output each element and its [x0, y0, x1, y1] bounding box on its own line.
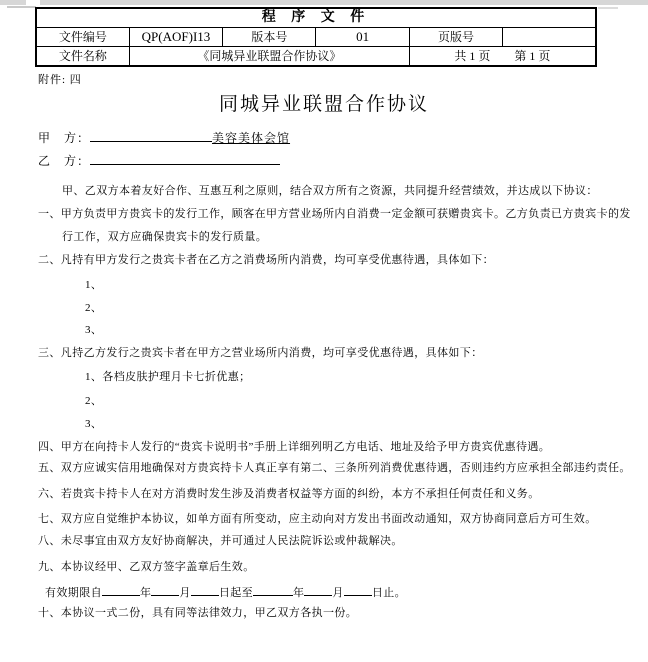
clause-2-item-2: 2、: [85, 301, 102, 315]
clause-2-item-1: 1、: [85, 278, 102, 292]
clause-3: 三、凡持乙方发行之贵宾卡者在甲方之营业场所内消费，均可享受优惠待遇，具体如下：: [38, 346, 483, 360]
year-label: 年: [140, 587, 151, 599]
clause-1-line-2: 行工作，双方应确保贵宾卡的发行质量。: [62, 230, 267, 244]
doc-name-label-cell: 文件名称: [36, 47, 129, 67]
party-a-value: 美容美体会馆: [212, 131, 290, 145]
top-strip-notch: [26, 0, 40, 5]
party-a-blank-field: [90, 129, 212, 142]
start-month-blank: [151, 583, 179, 596]
party-a-label: 甲 方：: [38, 131, 90, 145]
clause-6: 六、若贵宾卡持卡人在对方消费时发生涉及消费者权益等方面的纠纷，本方不承担任何责任…: [38, 487, 540, 501]
document-title: 同城异业联盟合作协议: [0, 89, 648, 116]
clause-3-item-1: 1、各档皮肤护理月卡七折优惠；: [85, 370, 251, 384]
attachment-label: 附件: 四: [38, 71, 82, 87]
clause-3-item-3: 3、: [85, 417, 102, 431]
document-page: 程 序 文 件 文件编号 QP(AOF)I13 版本号 01 页版号 文件名称 …: [0, 0, 648, 662]
paragraph-intro: 甲、乙双方本着友好合作、互惠互利之原则，结合双方所有之资源，共同提升经营绩效，并…: [62, 184, 598, 198]
clause-1-line-1: 一、甲方负责甲方贵宾卡的发行工作，顾客在甲方营业场所内自消费一定金额可获赠贵宾卡…: [38, 207, 631, 221]
clause-2-item-3: 3、: [85, 323, 102, 337]
version-label-cell: 版本号: [223, 28, 316, 47]
month-label-2: 月: [332, 587, 343, 599]
table-row: 程 序 文 件: [36, 8, 596, 28]
doc-name-value-cell: 《同城异业联盟合作协议》: [129, 47, 409, 67]
procedure-header-table: 程 序 文 件 文件编号 QP(AOF)I13 版本号 01 页版号 文件名称 …: [35, 7, 597, 67]
validity-period-line: 有效期限自年月日起至年月日止。: [45, 583, 406, 600]
clause-2: 二、凡持有甲方发行之贵宾卡者在乙方之消费场所内消费，均可享受优惠待遇，具体如下：: [38, 253, 494, 267]
month-label: 月: [179, 587, 190, 599]
year-label-2: 年: [293, 587, 304, 599]
end-month-blank: [304, 583, 332, 596]
party-a-line: 甲 方：美容美体会馆: [38, 129, 290, 145]
party-b-line: 乙 方：: [38, 152, 280, 168]
table-title-cell: 程 序 文 件: [36, 8, 596, 28]
clause-9: 九、本协议经甲、乙双方签字盖章后生效。: [38, 560, 255, 574]
clause-5: 五、双方应诚实信用地确保对方贵宾持卡人真正享有第二、三条所列消费优惠待遇，否则违…: [38, 461, 631, 475]
end-day-blank: [344, 583, 372, 596]
end-suffix: 日止。: [372, 587, 406, 599]
page-version-value-cell: [503, 28, 596, 47]
validity-prefix: 有效期限自: [45, 587, 102, 599]
clause-3-item-2: 2、: [85, 394, 102, 408]
to-label: 日起至: [219, 587, 253, 599]
clause-7: 七、双方应自觉维护本协议，如单方面有所变动，应主动向对方发出书面改动通知，双方协…: [38, 512, 597, 526]
doc-no-value-cell: QP(AOF)I13: [129, 28, 222, 47]
start-year-blank: [102, 583, 140, 596]
party-b-blank-field: [90, 152, 280, 165]
clause-10: 十、本协议一式二份，具有同等法律效力，甲乙双方各执一份。: [38, 606, 357, 620]
version-value-cell: 01: [316, 28, 409, 47]
page-version-label-cell: 页版号: [409, 28, 502, 47]
clause-8: 八、未尽事宜由双方友好协商解决，并可通过人民法院诉讼或仲裁解决。: [38, 534, 403, 548]
party-b-label: 乙 方：: [38, 154, 90, 168]
table-row: 文件编号 QP(AOF)I13 版本号 01 页版号: [36, 28, 596, 47]
doc-no-label-cell: 文件编号: [36, 28, 129, 47]
clause-4: 四、甲方在向持卡人发行的“贵宾卡说明书”手册上详细列明乙方电话、地址及给予甲方贵…: [38, 440, 550, 454]
start-day-blank: [191, 583, 219, 596]
table-row: 文件名称 《同城异业联盟合作协议》 共 1 页 第 1 页: [36, 47, 596, 67]
end-year-blank: [253, 583, 293, 596]
ruler-artifact-left: [7, 6, 36, 8]
pages-cell: 共 1 页 第 1 页: [409, 47, 596, 67]
ruler-artifact-right: [598, 7, 618, 9]
window-top-strip: [0, 0, 648, 5]
